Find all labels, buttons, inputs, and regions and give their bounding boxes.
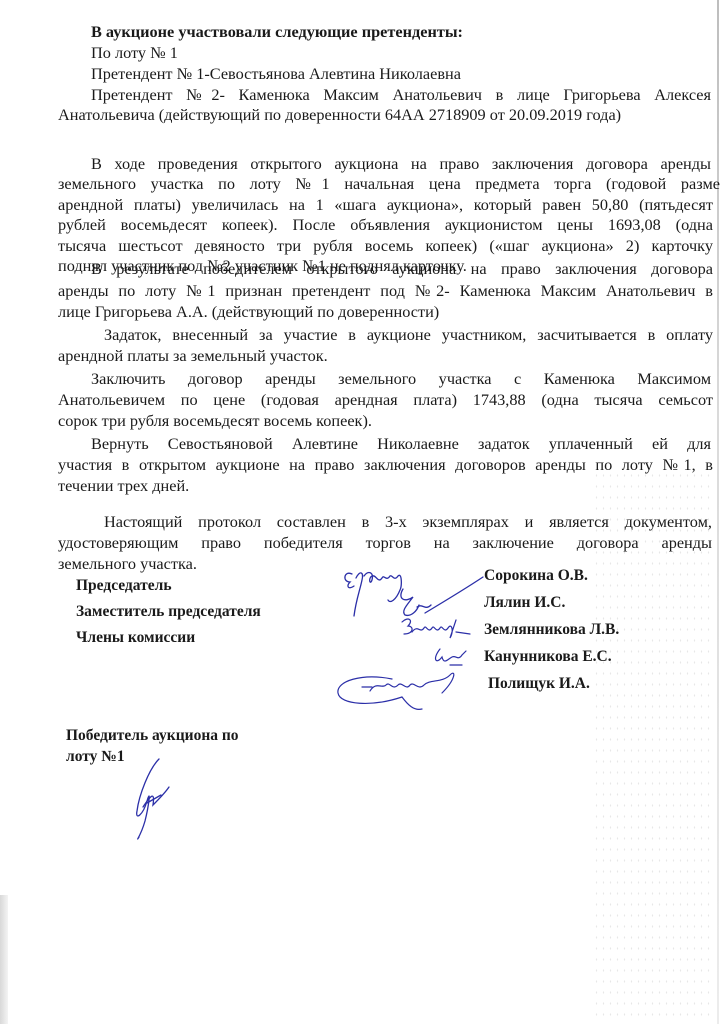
participants-heading: В аукционе участвовали следующие претенд…	[91, 22, 463, 42]
para2-line: лице Григорьева А.А. (действующий по дов…	[58, 302, 439, 322]
scan-noise	[593, 470, 713, 1024]
signatory-name: Полищук И.А.	[488, 674, 590, 694]
para1-line: В ходе проведения открытого аукциона на …	[91, 154, 711, 174]
para5-line: участия в открытом аукционе на право зак…	[58, 455, 713, 475]
para5-line: течении трех дней.	[58, 476, 189, 496]
signatory-name: Канунникова Е.С.	[484, 647, 612, 667]
para4-line: Анатольевичем по цене (годовая арендная …	[58, 390, 713, 410]
role-chairman: Председатель	[76, 576, 172, 596]
para1-line: земельного участка по лоту №1 начальная …	[58, 174, 720, 194]
winner-label-line2: лоту №1	[66, 747, 125, 767]
para6-line: земельного участка.	[58, 554, 197, 574]
lot-label: По лоту № 1	[91, 43, 178, 63]
signatory-name: Землянникова Л.В.	[484, 620, 619, 640]
para5-line: Вернуть Севостьяновой Алевтине Николаевн…	[91, 434, 711, 454]
applicant-1: Претендент № 1-Севостьянова Алевтина Ник…	[91, 64, 461, 84]
scan-edge-right	[717, 0, 719, 1024]
applicant-2-line2: Анатольевича (действующий по доверенност…	[58, 105, 621, 125]
role-members: Члены комиссии	[76, 628, 195, 648]
signature-winner-icon	[125, 755, 185, 845]
para6-line: Настоящий протокол составлен в 3-х экзем…	[104, 512, 712, 532]
para1-line: арендной платы) увеличилась на 1 «шага а…	[58, 195, 713, 215]
para2-line: В результате победителем открытого аукци…	[91, 259, 713, 279]
para6-line: удостоверяющим право победителя торгов н…	[58, 533, 712, 553]
role-deputy: Заместитель председателя	[76, 602, 261, 622]
para4-line: сорок три рубля восемьдесят восемь копее…	[58, 411, 372, 431]
scan-edge-left	[0, 895, 8, 1024]
applicant-2-line1: Претендент №2- Каменюка Максим Анатольев…	[91, 85, 711, 105]
signatory-name: Сорокина О.В.	[484, 566, 588, 586]
para2-line: аренды по лоту №1 признан претендент под…	[58, 281, 713, 301]
signature-kanunnikova-polishchuk-icon	[332, 645, 472, 715]
para4-line: Заключить договор аренды земельного учас…	[91, 369, 711, 389]
scanned-document-page: В аукционе участвовали следующие претенд…	[0, 0, 723, 1024]
para1-line: тысяча шестьсот девяносто три рубля восе…	[58, 236, 713, 256]
para3-line: арендной платы за земельный участок.	[58, 346, 328, 366]
signatory-name: Лялин И.С.	[484, 593, 565, 613]
para3-line: Задаток, внесенный за участие в аукционе…	[104, 325, 713, 345]
signature-zemlyannikova-icon	[398, 612, 478, 647]
para1-line: рублей восемьдесят копеек). После объявл…	[58, 215, 713, 235]
winner-label-line1: Победитель аукциона по	[66, 726, 239, 746]
